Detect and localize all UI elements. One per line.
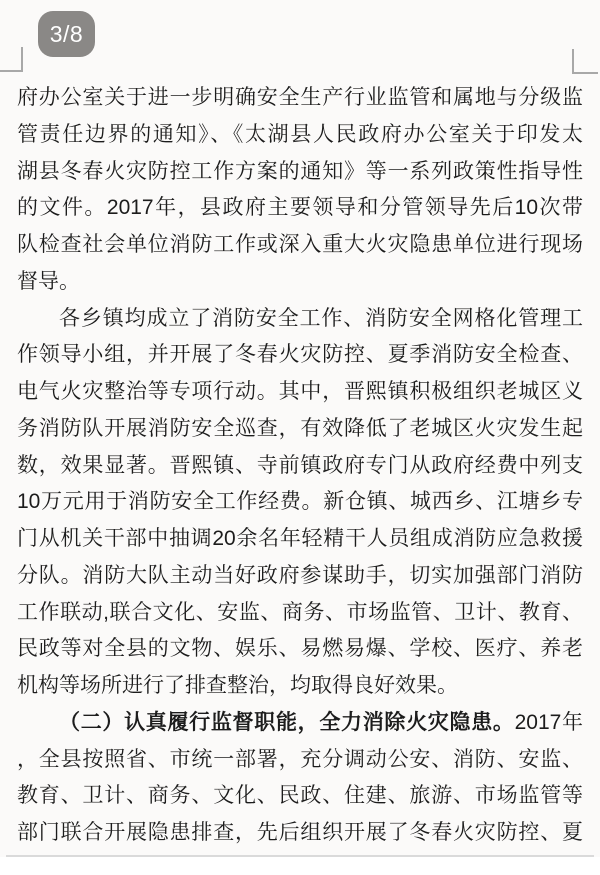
text-line: 10万元用于消防安全工作经费。新仓镇、城西乡、江塘乡专: [17, 484, 583, 521]
text-line: 务消防队开展消防安全巡查，有效降低了老城区火灾发生起: [17, 411, 583, 448]
text-line: ，全县按照省、市统一部署，充分调动公安、消防、安监、: [17, 742, 583, 779]
text-segment: 湖县冬春火灾防控工作方案的通知》等一系列政策性指导性: [17, 160, 583, 183]
text-line: 电气火灾整治等专项行动。其中，晋熙镇积极组织老城区义: [17, 374, 583, 411]
text-line: 部门联合开展隐患排查，先后组织开展了冬春火灾防控、夏: [17, 815, 583, 852]
text-line: 门从机关干部中抽调20余名年轻精干人员组成消防应急救援: [17, 521, 583, 558]
text-segment: 务消防队开展消防安全巡查，有效降低了老城区火灾发生起: [17, 417, 583, 440]
page-indicator-badge: 3/8: [38, 11, 95, 57]
text-segment: 作领导小组，并开展了冬春火灾防控、夏季消防安全检查、: [17, 343, 583, 366]
text-line: 分队。消防大队主动当好政府参谋助手，切实加强部门消防: [17, 558, 583, 595]
text-line: 队检查社会单位消防工作或深入重大火灾隐患单位进行现场: [17, 227, 583, 264]
text-segment: 部门联合开展隐患排查，先后组织开展了冬春火灾防控、夏: [17, 821, 583, 844]
text-segment: 门从机关干部中抽调20余名年轻精干人员组成消防应急救援: [17, 527, 583, 550]
text-line: 湖县冬春火灾防控工作方案的通知》等一系列政策性指导性: [17, 154, 583, 191]
text-line: 民政等对全县的文物、娱乐、易燃易爆、学校、医疗、养老: [17, 631, 583, 668]
text-line: 机构等场所进行了排查整治，均取得良好效果。: [17, 668, 583, 705]
text-segment: 管责任边界的通知》、《太湖县人民政府办公室关于印发太: [17, 123, 583, 146]
text-line: 数，效果显著。晋熙镇、寺前镇政府专门从政府经费中列支: [17, 448, 583, 485]
text-segment: 分队。消防大队主动当好政府参谋助手，切实加强部门消防: [17, 564, 583, 587]
text-segment: 教育、卫计、商务、文化、民政、住建、旅游、市场监管等: [17, 784, 583, 807]
text-line: 管责任边界的通知》、《太湖县人民政府办公室关于印发太: [17, 117, 583, 154]
text-line: 各乡镇均成立了消防安全工作、消防安全网格化管理工: [17, 301, 583, 338]
text-segment: 电气火灾整治等专项行动。其中，晋熙镇积极组织老城区义: [17, 380, 583, 403]
text-segment: 工作联动,联合文化、安监、商务、市场监管、卫计、教育、: [17, 601, 583, 624]
crop-corner-right-icon: [572, 49, 598, 74]
text-line: 府办公室关于进一步明确安全生产行业监管和属地与分级监: [17, 80, 583, 117]
text-line: 的文件。2017年，县政府主要领导和分管领导先后10次带: [17, 190, 583, 227]
text-segment: 队检查社会单位消防工作或深入重大火灾隐患单位进行现场: [17, 233, 583, 256]
crop-corner-left-icon: [0, 47, 23, 72]
text-line: 教育、卫计、商务、文化、民政、住建、旅游、市场监管等: [17, 778, 583, 815]
text-segment: 民政等对全县的文物、娱乐、易燃易爆、学校、医疗、养老: [17, 637, 583, 660]
text-segment: 府办公室关于进一步明确安全生产行业监管和属地与分级监: [17, 86, 583, 109]
scanned-document-page: 3/8 府办公室关于进一步明确安全生产行业监管和属地与分级监管责任边界的通知》、…: [0, 0, 600, 875]
text-segment: 的文件。2017年，县政府主要领导和分管领导先后10次带: [17, 196, 583, 219]
text-segment: 10万元用于消防安全工作经费。新仓镇、城西乡、江塘乡专: [17, 490, 583, 513]
text-line: 督导。: [17, 264, 583, 301]
document-text: 府办公室关于进一步明确安全生产行业监管和属地与分级监管责任边界的通知》、《太湖县…: [17, 80, 583, 852]
text-segment: 数，效果显著。晋熙镇、寺前镇政府专门从政府经费中列支: [17, 454, 583, 477]
text-segment: 机构等场所进行了排查整治，均取得良好效果。: [17, 674, 458, 697]
text-line: 工作联动,联合文化、安监、商务、市场监管、卫计、教育、: [17, 595, 583, 632]
text-line: 作领导小组，并开展了冬春火灾防控、夏季消防安全检查、: [17, 337, 583, 374]
text-segment: 各乡镇均成立了消防安全工作、消防安全网格化管理工: [59, 307, 583, 330]
text-line: （二）认真履行监督职能，全力消除火灾隐患。2017年: [17, 705, 583, 742]
page-bottom-margin: [0, 857, 600, 875]
text-segment: 督导。: [17, 270, 80, 293]
text-segment: ，全县按照省、市统一部署，充分调动公安、消防、安监、: [17, 748, 583, 771]
text-segment: 2017年: [515, 711, 583, 734]
bold-section-heading: （二）认真履行监督职能，全力消除火灾隐患。: [59, 711, 515, 734]
